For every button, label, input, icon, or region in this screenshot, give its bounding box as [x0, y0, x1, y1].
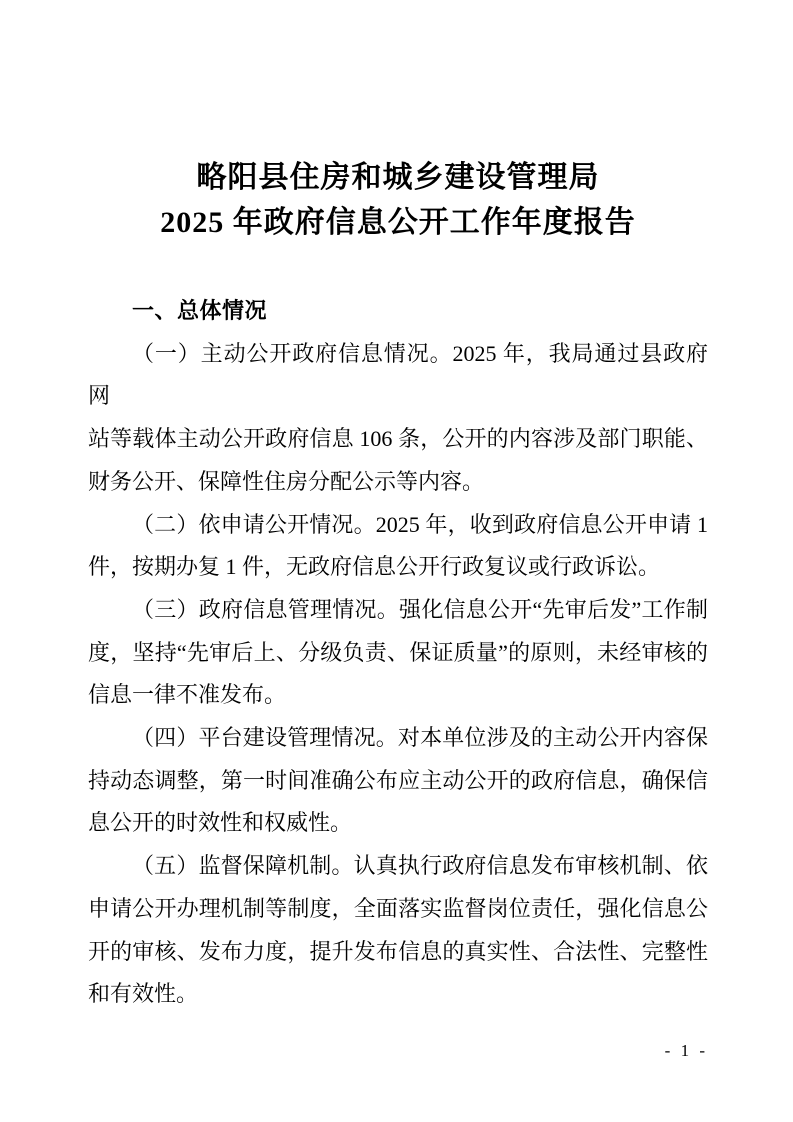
paragraph-line: 息公开的时效性和权威性。 [88, 802, 708, 845]
paragraph-line: 站等载体主动公开政府信息 106 条，公开的内容涉及部门职能、 [88, 418, 708, 461]
paragraph-line: （三）政府信息管理情况。强化信息公开“先审后发”工作制 [88, 589, 708, 632]
paragraph-line: 信息一律不准发布。 [88, 674, 708, 717]
paragraph-line: 和有效性。 [88, 973, 708, 1016]
paragraph-information-management: （三）政府信息管理情况。强化信息公开“先审后发”工作制 度，坚持“先审后上、分级… [88, 589, 708, 717]
paragraph-line: （一）主动公开政府信息情况。2025 年，我局通过县政府网 [88, 333, 708, 418]
page-number: - 1 - [665, 1040, 708, 1062]
paragraph-platform-management: （四）平台建设管理情况。对本单位涉及的主动公开内容保 持动态调整，第一时间准确公… [88, 717, 708, 845]
paragraph-line: 申请公开办理机制等制度，全面落实监督岗位责任，强化信息公 [88, 888, 708, 931]
paragraph-proactive-disclosure: （一）主动公开政府信息情况。2025 年，我局通过县政府网 站等载体主动公开政府… [88, 333, 708, 504]
report-title-line-1: 略阳县住房和城乡建设管理局 [88, 155, 708, 200]
paragraph-disclosure-upon-request: （二）依申请公开情况。2025 年，收到政府信息公开申请 1 件，按期办复 1 … [88, 504, 708, 589]
paragraph-line: 度，坚持“先审后上、分级负责、保证质量”的原则，未经审核的 [88, 632, 708, 675]
paragraph-line: 财务公开、保障性住房分配公示等内容。 [88, 461, 708, 504]
paragraph-line: （四）平台建设管理情况。对本单位涉及的主动公开内容保 [88, 717, 708, 760]
paragraph-line: （五）监督保障机制。认真执行政府信息发布审核机制、依 [88, 845, 708, 888]
section-heading-overall-situation: 一、总体情况 [88, 290, 708, 333]
document-page: 略阳县住房和城乡建设管理局 2025 年政府信息公开工作年度报告 一、总体情况 … [0, 0, 793, 1122]
report-title: 略阳县住房和城乡建设管理局 2025 年政府信息公开工作年度报告 [88, 155, 708, 245]
paragraph-line: 持动态调整，第一时间准确公布应主动公开的政府信息，确保信 [88, 760, 708, 803]
paragraph-supervision-mechanism: （五）监督保障机制。认真执行政府信息发布审核机制、依 申请公开办理机制等制度，全… [88, 845, 708, 1016]
report-body: 一、总体情况 （一）主动公开政府信息情况。2025 年，我局通过县政府网 站等载… [88, 290, 708, 1016]
report-title-line-2: 2025 年政府信息公开工作年度报告 [88, 200, 708, 245]
paragraph-line: 件，按期办复 1 件，无政府信息公开行政复议或行政诉讼。 [88, 546, 708, 589]
paragraph-line: 开的审核、发布力度，提升发布信息的真实性、合法性、完整性 [88, 931, 708, 974]
paragraph-line: （二）依申请公开情况。2025 年，收到政府信息公开申请 1 [88, 504, 708, 547]
